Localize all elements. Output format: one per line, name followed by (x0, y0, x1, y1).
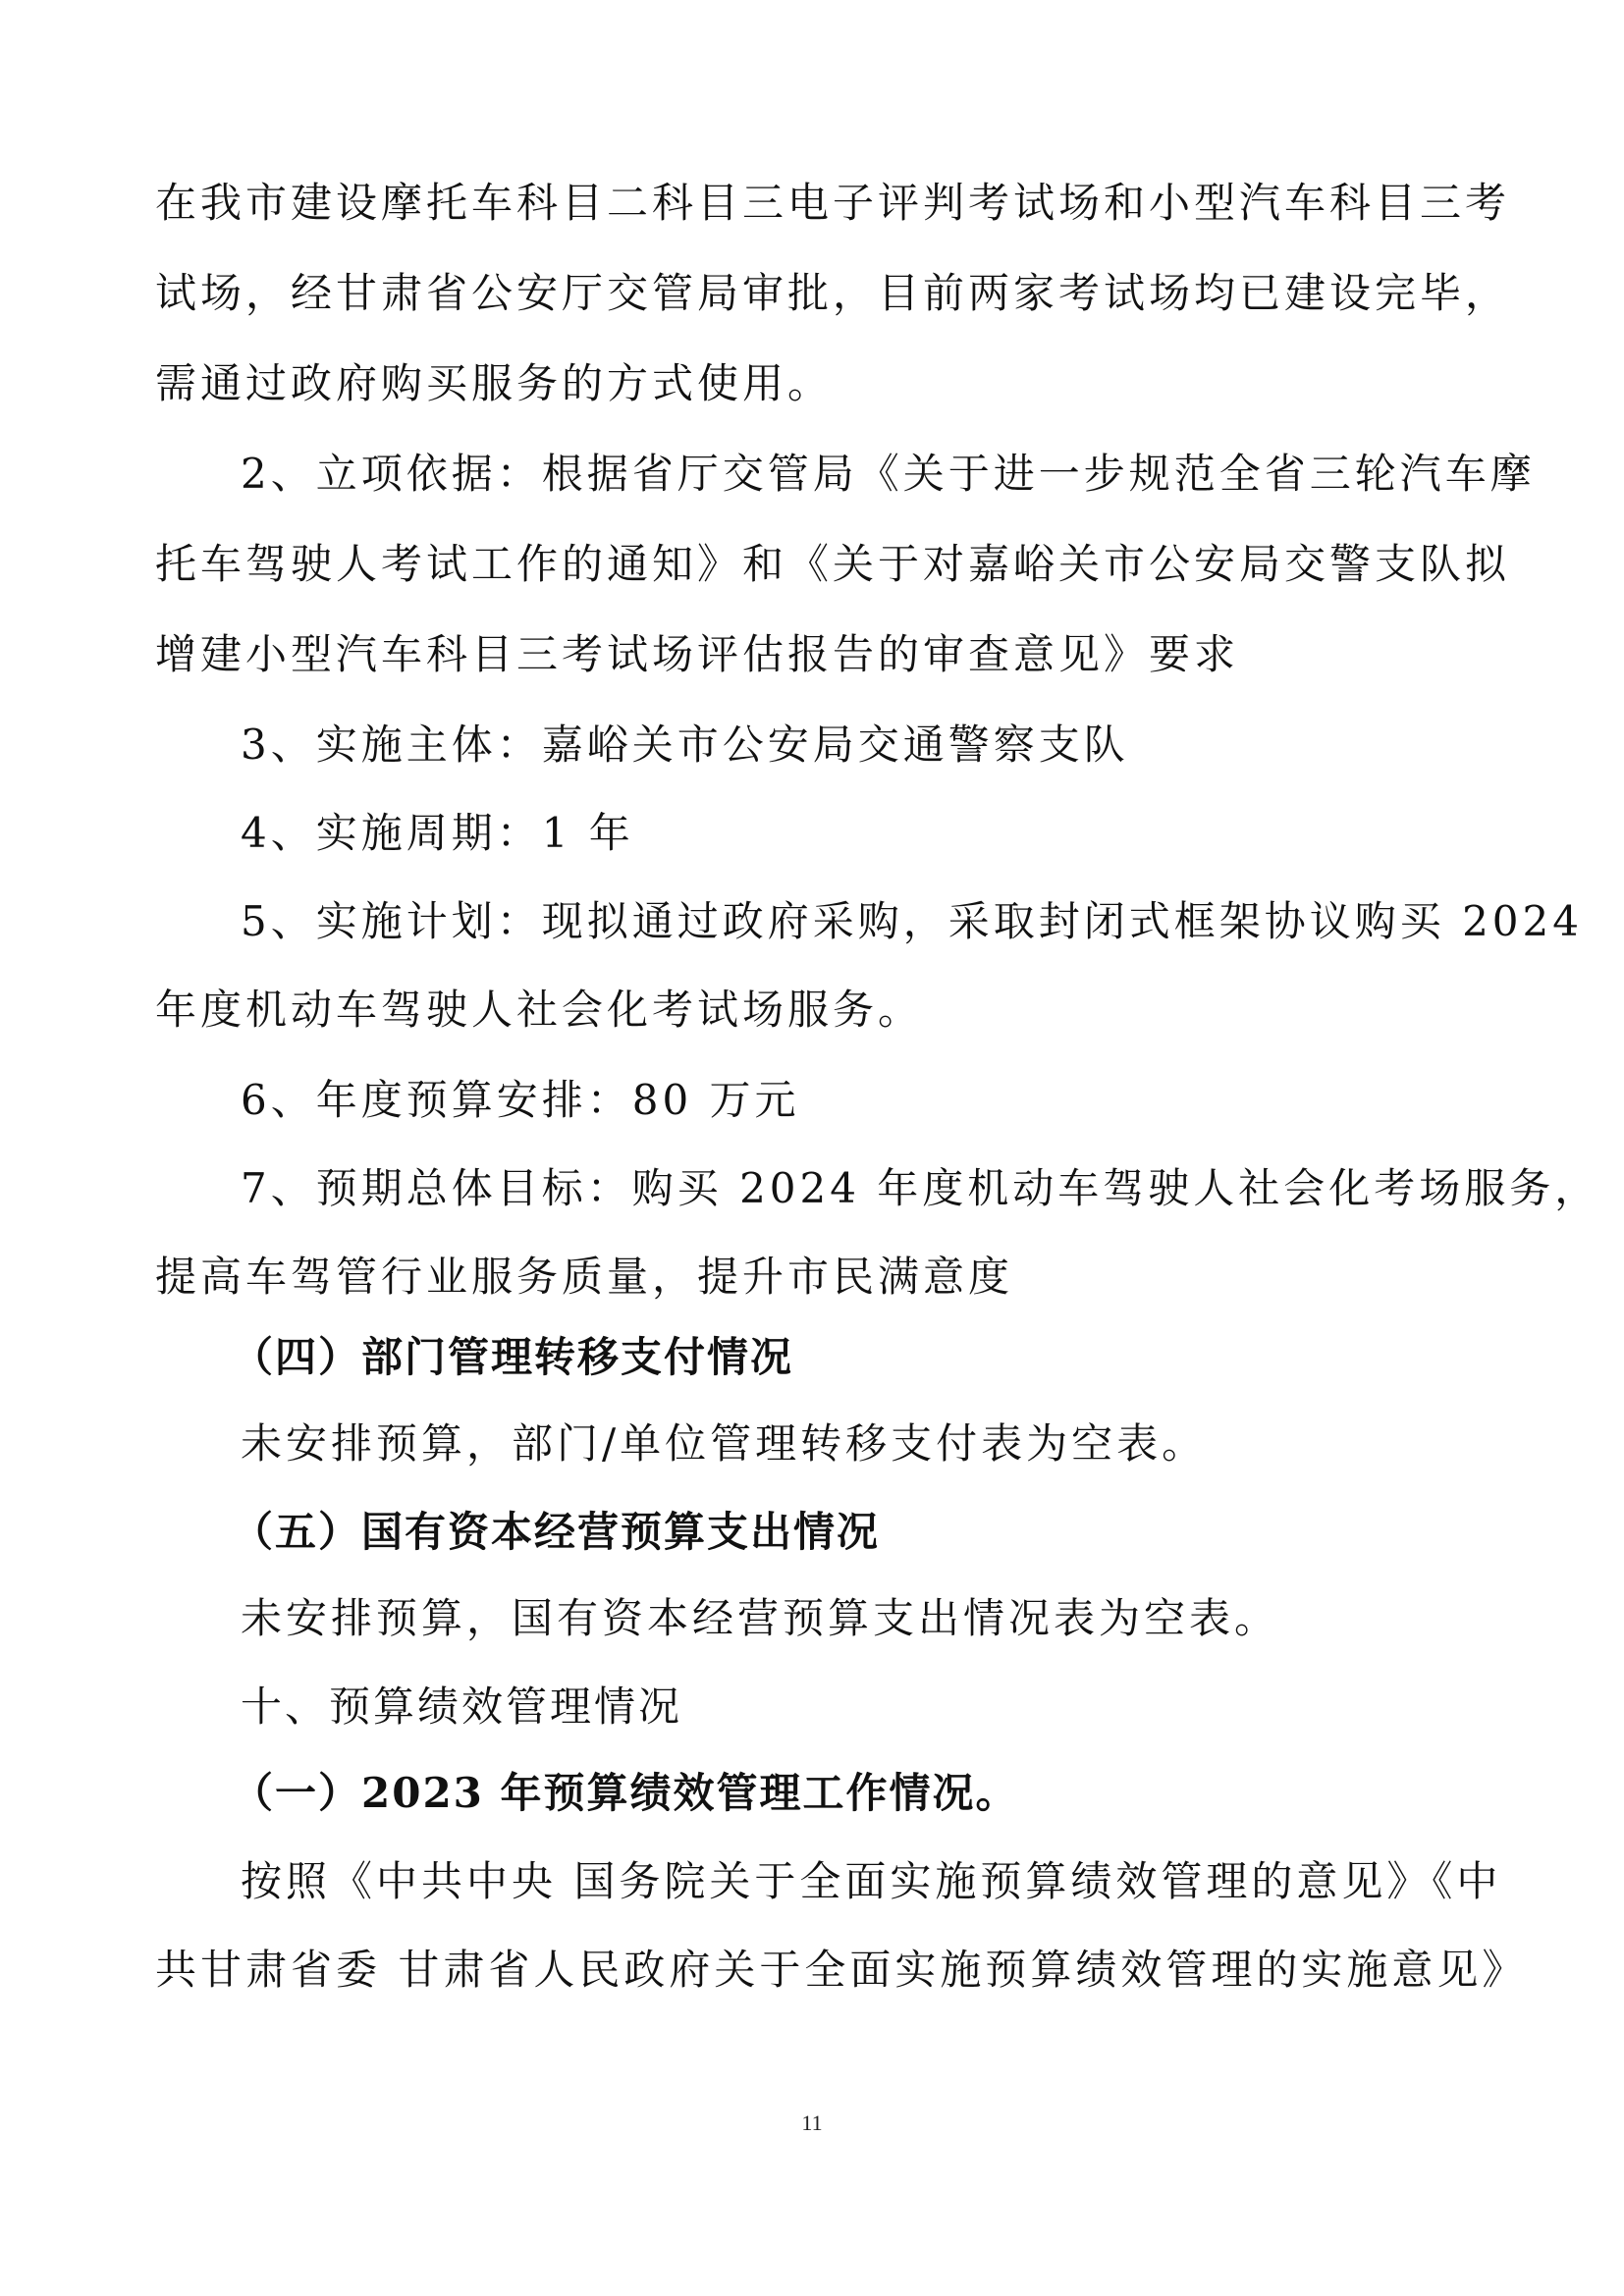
item-annual-budget: 6、年度预算安排：80 万元 (241, 1074, 1566, 1127)
item-implementation-period: 4、实施周期：1 年 (241, 807, 1566, 860)
paragraph-line: 试场，经甘肃省公安厅交管局审批，目前两家考试场均已建设完毕， (155, 267, 1481, 320)
page-number: 11 (0, 2110, 1624, 2136)
section-heading-performance: 十、预算绩效管理情况 (241, 1681, 1566, 1734)
item-project-basis: 2、立项依据：根据省厅交管局《关于进一步规范全省三轮汽车摩 (241, 448, 1566, 501)
paragraph-line: 提高车驾管行业服务质量，提升市民满意度 (155, 1251, 1481, 1304)
document-page: 在我市建设摩托车科目二科目三电子评判考试场和小型汽车科目三考 试场，经甘肃省公安… (0, 0, 1624, 2296)
paragraph-line: 增建小型汽车科目三考试场评估报告的审查意见》要求 (155, 628, 1481, 681)
paragraph-line: 托车驾驶人考试工作的通知》和《关于对嘉峪关市公安局交警支队拟 (155, 538, 1481, 591)
item-implementation-plan: 5、实施计划：现拟通过政府采购，采取封闭式框架协议购买 2024 (241, 895, 1566, 948)
paragraph-line: 按照《中共中央 国务院关于全面实施预算绩效管理的意见》《中 (241, 1855, 1566, 1908)
section-heading-state-capital: （五）国有资本经营预算支出情况 (232, 1506, 1557, 1559)
item-expected-goal: 7、预期总体目标：购买 2024 年度机动车驾驶人社会化考场服务， (241, 1162, 1566, 1215)
paragraph-line: 未安排预算，部门/单位管理转移支付表为空表。 (241, 1417, 1566, 1470)
paragraph-line: 在我市建设摩托车科目二科目三电子评判考试场和小型汽车科目三考 (155, 177, 1481, 230)
paragraph-line: 需通过政府购买服务的方式使用。 (155, 357, 1481, 410)
section-heading-transfer-payments: （四）部门管理转移支付情况 (232, 1331, 1557, 1384)
paragraph-line: 共甘肃省委 甘肃省人民政府关于全面实施预算绩效管理的实施意见》 (155, 1944, 1481, 1997)
paragraph-line: 年度机动车驾驶人社会化考试场服务。 (155, 984, 1481, 1037)
paragraph-line: 未安排预算，国有资本经营预算支出情况表为空表。 (241, 1592, 1566, 1645)
item-implementing-entity: 3、实施主体：嘉峪关市公安局交通警察支队 (241, 719, 1566, 772)
section-heading-2023-performance: （一）2023 年预算绩效管理工作情况。 (232, 1767, 1557, 1820)
